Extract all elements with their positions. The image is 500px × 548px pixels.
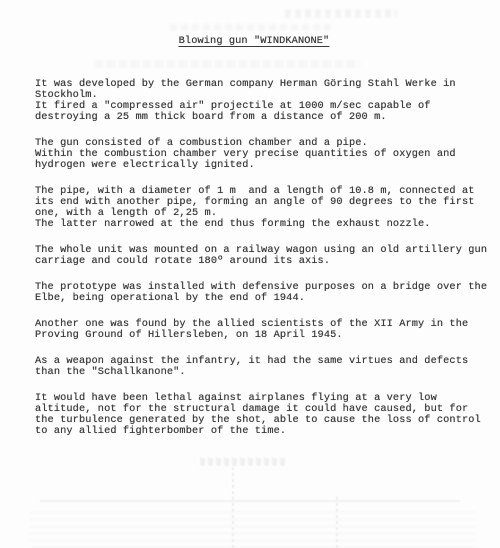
text-line: destroying a 25 mm thick board from a di…	[35, 112, 473, 123]
text-line: Elbe, being operational by the end of 19…	[35, 293, 473, 304]
paragraph-infantry-weapon: As a weapon against the infantry, it had…	[35, 356, 473, 378]
text-line: It was developed by the German company H…	[35, 79, 473, 90]
paragraph-development: It was developed by the German company H…	[35, 79, 473, 123]
text-line: hydrogen were electrically ignited.	[35, 160, 473, 171]
text-line: to any allied fighterbomber of the time.	[35, 426, 473, 437]
bleedthrough-diagram-band	[30, 510, 475, 548]
text-line: carriage and could rotate 180º around it…	[35, 256, 473, 267]
paragraph-construction: The gun consisted of a combustion chambe…	[35, 138, 473, 171]
text-line: The latter narrowed at the end thus form…	[35, 219, 473, 230]
bleedthrough-smudge	[200, 458, 285, 466]
paragraph-aircraft-effect: It would have been lethal against airpla…	[35, 393, 473, 437]
document-title: Blowing gun "WINDKANONE"	[35, 36, 473, 47]
paragraph-prototype: The prototype was installed with defensi…	[35, 282, 473, 304]
bleedthrough-diagram-line	[40, 500, 460, 502]
paragraph-mounting: The whole unit was mounted on a railway …	[35, 245, 473, 267]
scanned-document-page: Blowing gun "WINDKANONE" It was develope…	[0, 0, 500, 548]
bleedthrough-diagram-line	[232, 468, 234, 548]
paragraph-discovery: Another one was found by the allied scie…	[35, 319, 473, 341]
text-line: than the "Schallkanone".	[35, 367, 473, 378]
document-body: Blowing gun "WINDKANONE" It was develope…	[35, 36, 473, 452]
bleedthrough-smudge	[285, 9, 397, 18]
bleedthrough-diagram-line	[336, 495, 338, 548]
bleedthrough-smudge	[170, 24, 330, 31]
paragraph-pipe-dimensions: The pipe, with a diameter of 1 m and a l…	[35, 186, 473, 230]
text-line: Proving Ground of Hillersleben, on 18 Ap…	[35, 330, 473, 341]
